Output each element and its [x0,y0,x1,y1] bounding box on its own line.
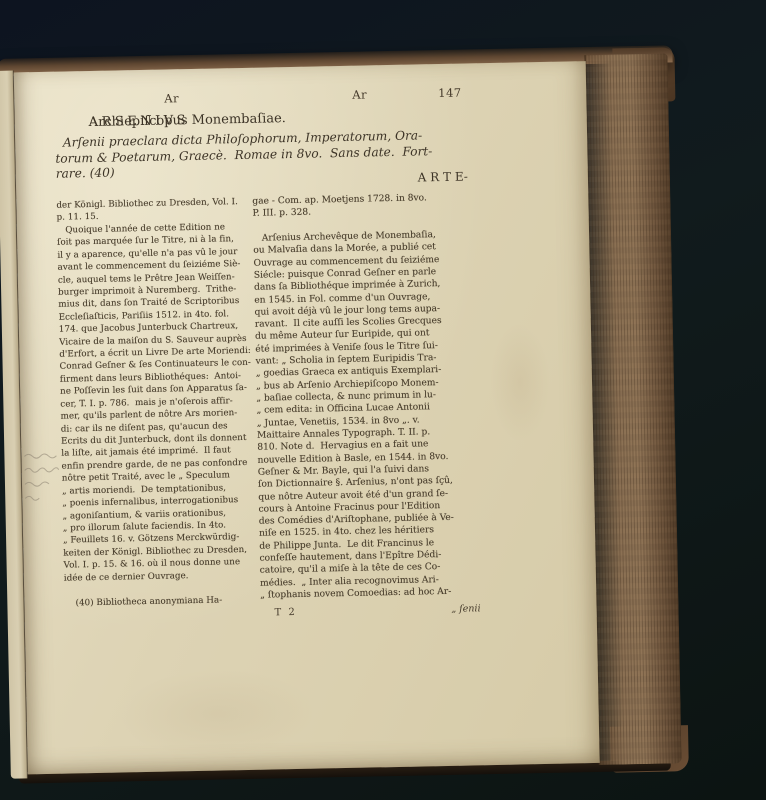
right-text-column: gae - Com. ap. Moetjens 1728. in 8vo.P. … [252,191,480,602]
catchword-bottom: „ ſenii [354,603,480,617]
signature-mark: T 2 [275,607,297,618]
handwritten-marginalia [22,448,63,511]
text-line: (40) Bibliotheca anonymiana Ha- [64,593,264,609]
running-header-center: Ar [352,87,367,101]
paper-stain [116,667,318,761]
open-book: Ar Ar 147 ARSENIVSArchiepiſcopus Monemba… [0,45,689,786]
left-text-column: der Königl. Bibliothec zu Dresden, Vol. … [56,196,264,610]
running-header-left: Ar [164,91,179,105]
catchword-top: A R T E- [316,169,468,186]
running-header: Ar Ar 147 [14,72,46,168]
book-page: Ar Ar 147 ARSENIVSArchiepiſcopus Monemba… [14,61,600,774]
entry-heading-rest: Archiepiſcopus Monembaſiae. [89,111,286,130]
page-number: 147 [438,86,462,100]
paper-stain [489,322,551,443]
book-fore-edge-pages [584,53,681,765]
